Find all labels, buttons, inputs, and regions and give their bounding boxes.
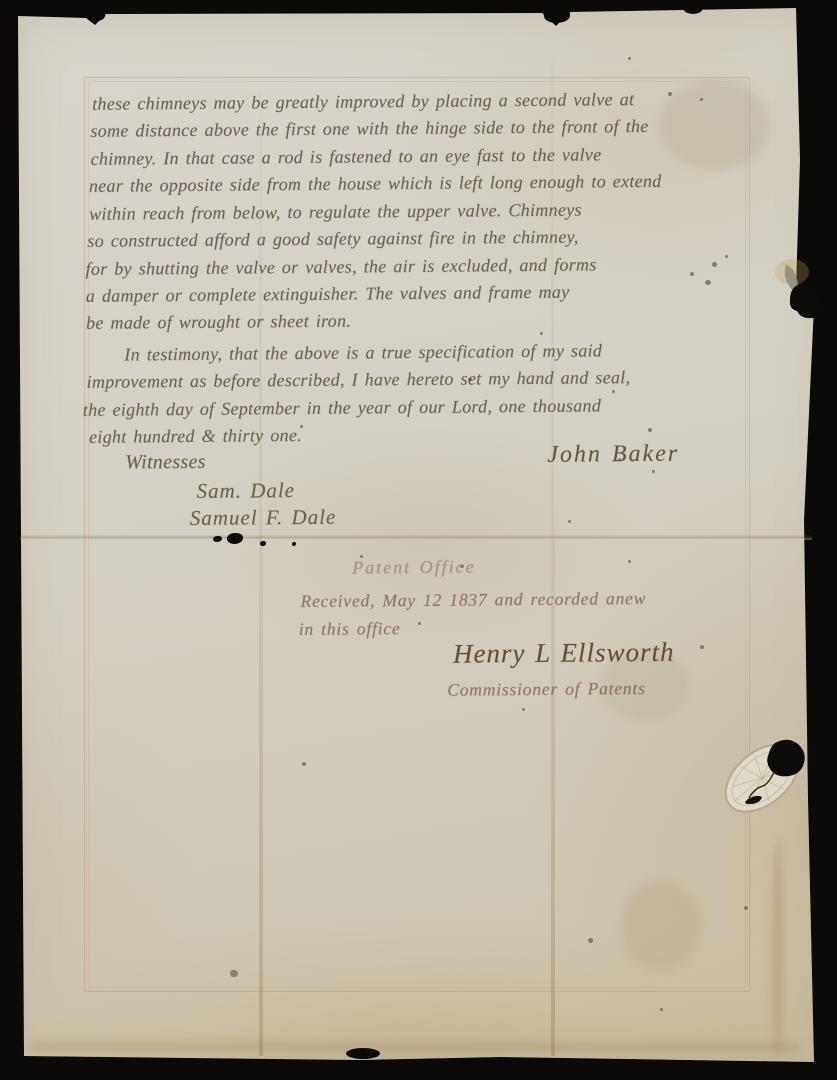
commissioner-signature: Henry L Ellsworth [453,639,675,668]
testimony-line-4: eight hundred & thirty one. [89,426,302,446]
body-line-5: within reach from below, to regulate the… [89,201,582,223]
body-line-8: a damper or complete extinguisher. The v… [86,283,570,305]
testimony-line-3: the eighth day of September in the year … [83,396,601,419]
received-note-line-1: Received, May 12 1837 and recorded anew [300,590,646,611]
embossed-seal [715,725,830,830]
inventor-signature: John Baker [547,442,679,467]
body-line-6: so constructed afford a good safety agai… [87,228,578,250]
seal-hole [767,740,805,777]
witness-signature-2: Samuel F. Dale [190,507,337,529]
body-line-4: near the opposite side from the house wh… [89,172,662,195]
body-line-1: these chimneys may be greatly improved b… [92,90,634,113]
patent-office-heading: Patent Office [352,558,476,577]
commissioner-title: Commissioner of Patents [447,680,646,699]
received-note-line-2: in this office [299,620,401,638]
photograph-stage: these chimneys may be greatly improved b… [0,0,837,1080]
testimony-line-1: In testimony, that the above is a true s… [124,341,602,363]
testimony-line-2: improvement as before described, I have … [87,368,631,391]
body-line-2: some distance above the first one with t… [90,117,648,140]
witness-signature-1: Sam. Dale [196,480,295,502]
edge-ink-blot [760,250,837,332]
witnesses-label: Witnesses [125,452,206,473]
handwriting-layer: these chimneys may be greatly improved b… [0,0,837,1080]
body-line-9: be made of wrought or sheet iron. [86,312,351,332]
body-line-3: chimney. In that case a rod is fastened … [91,145,602,167]
body-line-7: for by shutting the valve or valves, the… [86,255,597,277]
